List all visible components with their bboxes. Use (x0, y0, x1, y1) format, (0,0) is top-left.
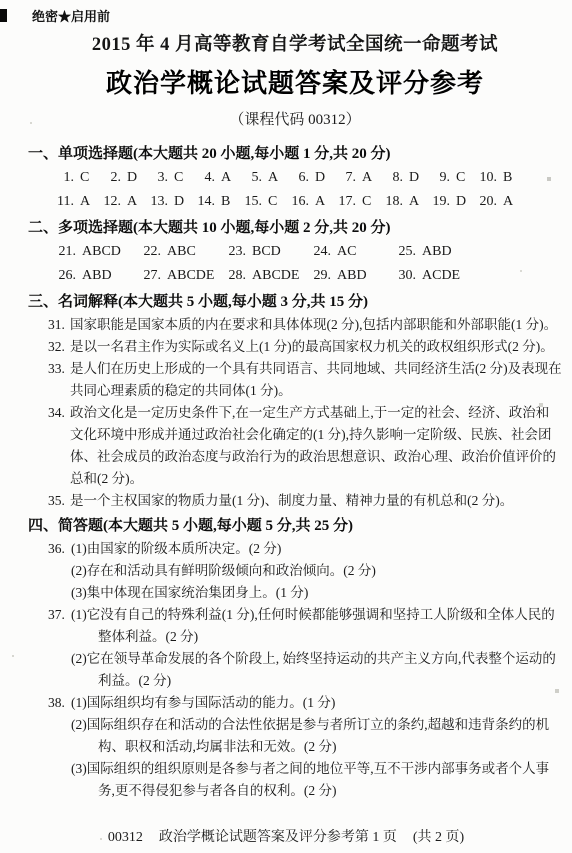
answer-cell: 23.BCD (222, 240, 307, 264)
answer-letters: B (221, 194, 230, 209)
answer-part: 38.(1)国际组织均有参与国际活动的能力。(1 分) (48, 692, 562, 714)
answer-number: 23. (222, 240, 246, 264)
answer-letters: ABD (337, 268, 367, 283)
answer-letters: B (503, 170, 512, 185)
answer-number: 1. (52, 166, 74, 190)
short-answer-item-37: 37.(1)它没有自己的特殊利益(1 分),任何时候都能够强调和坚持工人阶级和全… (48, 604, 562, 692)
item-number: 37. (48, 604, 71, 626)
item-number: 32. (48, 336, 70, 358)
answer-part: (2)存在和活动具有鲜明阶级倾向和政治倾向。(2 分) (48, 560, 562, 582)
answer-letters: ABCD (82, 244, 121, 259)
answer-letters: ABCDE (252, 268, 299, 283)
item-text: 是人们在历史上形成的一个具有共同语言、共同地域、共同经济生活(2 分)及表现在共… (70, 361, 562, 398)
answer-part: (2)它在领导革命发展的各个阶段上, 始终坚持运动的共产主义方向,代表整个运动的… (48, 648, 562, 692)
item-text: 是一个主权国家的物质力量(1 分)、制度力量、精神力量的有机总和(2 分)。 (70, 493, 513, 508)
answer-part: 37.(1)它没有自己的特殊利益(1 分),任何时候都能够强调和坚持工人阶级和全… (48, 604, 562, 648)
answer-number: 14. (193, 190, 215, 214)
answer-number: 6. (287, 166, 309, 190)
answer-number: 11. (52, 190, 74, 214)
item-number: 36. (48, 538, 71, 560)
answer-cell: 9.C (428, 166, 475, 190)
answer-number: 12. (99, 190, 121, 214)
answer-letters: A (362, 170, 372, 185)
answer-cell: 6.D (287, 166, 334, 190)
answer-cell: 2.D (99, 166, 146, 190)
answer-letters: ABC (167, 244, 196, 259)
answer-letters: C (456, 170, 465, 185)
answer-cell: 14.B (193, 190, 240, 214)
part-text: (3)集中体现在国家统治集团身上。(1 分) (71, 585, 308, 600)
answer-number: 7. (334, 166, 356, 190)
answer-cell: 28.ABCDE (222, 264, 307, 288)
answer-part: 36.(1)由国家的阶级本质所决定。(2 分) (48, 538, 562, 560)
answer-number: 8. (381, 166, 403, 190)
answer-letters: D (315, 170, 325, 185)
page-footer: 00312政治学概论试题答案及评分参考第 1 页(共 2 页) (0, 826, 572, 846)
answer-letters: A (315, 194, 325, 209)
answer-cell: 13.D (146, 190, 193, 214)
page-title: 政治学概论试题答案及评分参考 (28, 66, 562, 102)
answer-number: 2. (99, 166, 121, 190)
answer-number: 9. (428, 166, 450, 190)
part-text: (2)它在领导革命发展的各个阶段上, 始终坚持运动的共产主义方向,代表整个运动的… (71, 651, 556, 688)
answer-letters: C (80, 170, 89, 185)
answer-number: 24. (307, 240, 331, 264)
answer-letters: A (503, 194, 513, 209)
section1-heading: 一、单项选择题(本大题共 20 小题,每小题 1 分,共 20 分) (28, 143, 562, 166)
answer-number: 3. (146, 166, 168, 190)
answer-number: 16. (287, 190, 309, 214)
part-text: (3)国际组织的组织原则是各参与者之间的地位平等,互不干涉内部事务或者个人事务,… (71, 761, 549, 798)
single-choice-row-2: 11.A 12.A 13.D 14.B 15.C 16.A 17.C 18.A … (52, 190, 562, 214)
definition-item-35: 35.是一个主权国家的物质力量(1 分)、制度力量、精神力量的有机总和(2 分)… (48, 490, 562, 512)
answer-number: 21. (52, 240, 76, 264)
answer-cell: 15.C (240, 190, 287, 214)
answer-cell: 16.A (287, 190, 334, 214)
answer-letters: D (409, 170, 419, 185)
answer-number: 27. (137, 264, 161, 288)
answer-letters: ABD (422, 244, 452, 259)
answer-cell: 17.C (334, 190, 381, 214)
answer-letters: BCD (252, 244, 281, 259)
part-text: (2)国际组织存在和活动的合法性依据是参与者所订立的条约,超越和违背条约的机构、… (71, 717, 549, 754)
secrecy-label: 绝密★启用前 (32, 8, 562, 26)
section2-heading: 二、多项选择题(本大题共 10 小题,每小题 2 分,共 20 分) (28, 217, 562, 240)
answer-part: (3)集中体现在国家统治集团身上。(1 分) (48, 582, 562, 604)
answer-cell: 20.A (475, 190, 522, 214)
answer-letters: D (127, 170, 137, 185)
answer-cell: 26.ABD (52, 264, 137, 288)
scan-edge-artifact (0, 9, 7, 22)
section4-heading: 四、简答题(本大题共 5 小题,每小题 5 分,共 25 分) (28, 515, 562, 538)
answer-cell: 27.ABCDE (137, 264, 222, 288)
section3-heading: 三、名词解释(本大题共 5 小题,每小题 3 分,共 15 分) (28, 291, 562, 314)
answer-letters: ABCDE (167, 268, 214, 283)
answer-cell: 10.B (475, 166, 522, 190)
answer-cell: 11.A (52, 190, 99, 214)
answer-letters: D (456, 194, 466, 209)
item-number: 31. (48, 314, 70, 336)
answer-letters: ABD (82, 268, 112, 283)
answer-letters: ACDE (422, 268, 460, 283)
answer-cell: 1.C (52, 166, 99, 190)
definition-item-32: 32.是以一名君主作为实际或名义上(1 分)的最高国家权力机关的政权组织形式(2… (48, 336, 562, 358)
answer-cell: 25.ABD (392, 240, 477, 264)
answer-cell: 5.A (240, 166, 287, 190)
footer-course-code: 00312 (108, 830, 143, 845)
answer-letters: D (174, 194, 184, 209)
part-text: (2)存在和活动具有鲜明阶级倾向和政治倾向。(2 分) (71, 563, 376, 578)
course-code-line: （课程代码 00312） (28, 110, 562, 131)
answer-letters: C (268, 194, 277, 209)
answer-cell: 19.D (428, 190, 475, 214)
definition-item-33: 33.是人们在历史上形成的一个具有共同语言、共同地域、共同经济生活(2 分)及表… (48, 358, 562, 402)
answer-number: 19. (428, 190, 450, 214)
answer-cell: 24.AC (307, 240, 392, 264)
answer-number: 28. (222, 264, 246, 288)
item-number: 34. (48, 402, 70, 424)
exam-answer-page: 绝密★启用前 2015 年 4 月高等教育自学考试全国统一命题考试 政治学概论试… (0, 0, 572, 802)
answer-cell: 3.C (146, 166, 193, 190)
answer-number: 5. (240, 166, 262, 190)
answer-letters: C (174, 170, 183, 185)
answer-letters: A (80, 194, 90, 209)
answer-letters: A (221, 170, 231, 185)
item-number: 35. (48, 490, 70, 512)
answer-cell: 29.ABD (307, 264, 392, 288)
multi-choice-row-2: 26.ABD 27.ABCDE 28.ABCDE 29.ABD 30.ACDE (52, 264, 562, 288)
answer-cell: 12.A (99, 190, 146, 214)
answer-number: 17. (334, 190, 356, 214)
answer-number: 4. (193, 166, 215, 190)
answer-number: 15. (240, 190, 262, 214)
answer-part: (3)国际组织的组织原则是各参与者之间的地位平等,互不干涉内部事务或者个人事务,… (48, 758, 562, 802)
answer-number: 13. (146, 190, 168, 214)
footer-title-page: 政治学概论试题答案及评分参考第 1 页 (159, 830, 397, 845)
footer-total-pages: (共 2 页) (413, 830, 464, 845)
answer-cell: 4.A (193, 166, 240, 190)
answer-letters: A (268, 170, 278, 185)
answer-letters: AC (337, 244, 356, 259)
answer-number: 22. (137, 240, 161, 264)
part-text: (1)国际组织均有参与国际活动的能力。(1 分) (71, 695, 335, 710)
answer-number: 25. (392, 240, 416, 264)
answer-number: 18. (381, 190, 403, 214)
answer-cell: 30.ACDE (392, 264, 477, 288)
exam-session-title: 2015 年 4 月高等教育自学考试全国统一命题考试 (28, 32, 562, 58)
answer-cell: 22.ABC (137, 240, 222, 264)
answer-part: (2)国际组织存在和活动的合法性依据是参与者所订立的条约,超越和违背条约的机构、… (48, 714, 562, 758)
answer-letters: A (127, 194, 137, 209)
answer-number: 30. (392, 264, 416, 288)
definition-item-34: 34.政治文化是一定历史条件下,在一定生产方式基础上,于一定的社会、经济、政治和… (48, 402, 562, 490)
answer-number: 26. (52, 264, 76, 288)
scan-speckles (0, 0, 2, 2)
definition-item-31: 31.国家职能是国家本质的内在要求和具体体现(2 分),包括内部职能和外部职能(… (48, 314, 562, 336)
single-choice-row-1: 1.C 2.D 3.C 4.A 5.A 6.D 7.A 8.D 9.C 10.B (52, 166, 562, 190)
part-text: (1)它没有自己的特殊利益(1 分),任何时候都能够强调和坚持工人阶级和全体人民… (71, 607, 555, 644)
answer-cell: 18.A (381, 190, 428, 214)
answer-letters: A (409, 194, 419, 209)
part-text: (1)由国家的阶级本质所决定。(2 分) (71, 541, 281, 556)
short-answer-item-38: 38.(1)国际组织均有参与国际活动的能力。(1 分) (2)国际组织存在和活动… (48, 692, 562, 802)
answer-cell: 8.D (381, 166, 428, 190)
item-text: 国家职能是国家本质的内在要求和具体体现(2 分),包括内部职能和外部职能(1 分… (70, 317, 557, 332)
item-text: 政治文化是一定历史条件下,在一定生产方式基础上,于一定的社会、经济、政治和文化环… (70, 405, 556, 486)
answer-number: 10. (475, 166, 497, 190)
answer-letters: C (362, 194, 371, 209)
answer-number: 29. (307, 264, 331, 288)
answer-number: 20. (475, 190, 497, 214)
short-answer-item-36: 36.(1)由国家的阶级本质所决定。(2 分) (2)存在和活动具有鲜明阶级倾向… (48, 538, 562, 604)
item-number: 33. (48, 358, 70, 380)
answer-cell: 21.ABCD (52, 240, 137, 264)
item-text: 是以一名君主作为实际或名义上(1 分)的最高国家权力机关的政权组织形式(2 分)… (70, 339, 554, 354)
answer-cell: 7.A (334, 166, 381, 190)
multi-choice-row-1: 21.ABCD 22.ABC 23.BCD 24.AC 25.ABD (52, 240, 562, 264)
item-number: 38. (48, 692, 71, 714)
